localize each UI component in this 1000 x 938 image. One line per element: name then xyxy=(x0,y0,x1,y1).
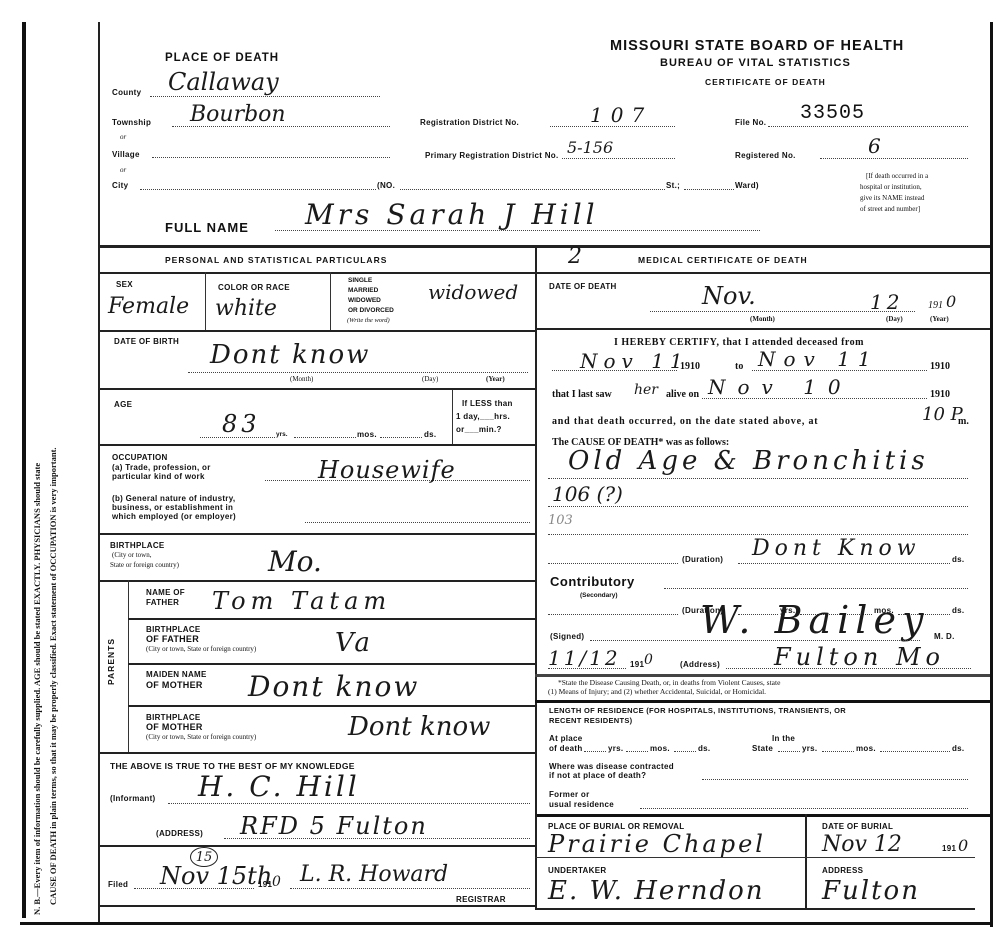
medical-number: 2 xyxy=(568,244,582,269)
occupation-value: Housewife xyxy=(318,456,456,484)
medical-address-value: Fulton Mo xyxy=(774,643,945,671)
birthplace-sub-1: (City or town, xyxy=(112,551,151,559)
in-state-ds: ds. xyxy=(952,744,964,753)
street-line xyxy=(400,189,665,190)
at-place-yrs-line xyxy=(584,751,606,752)
medical-address-label: (Address) xyxy=(680,660,720,669)
primary-district-label: Primary Registration District No. xyxy=(425,151,559,160)
occupation-b-2: business, or establishment in xyxy=(112,503,233,512)
age-ds-line xyxy=(380,437,422,438)
mother-bp-label-3: (City or town, State or foreign country) xyxy=(146,733,256,741)
contributory-label: Contributory xyxy=(550,574,635,589)
in-state-label-1: In the xyxy=(772,734,795,743)
township-label: Township xyxy=(112,118,151,127)
filed-divider xyxy=(98,905,535,907)
parents-side-divider xyxy=(128,580,129,752)
marital-label-single: SINGLE xyxy=(348,277,372,284)
in-state-yrs-line xyxy=(778,751,800,752)
township-value: Bourbon xyxy=(190,102,286,127)
form-right-border xyxy=(990,22,993,927)
former-residence-label-2: usual residence xyxy=(549,800,614,809)
cause-value: Old Age & Bronchitis xyxy=(568,446,929,476)
informant-value: H. C. Hill xyxy=(198,770,360,803)
father-name-label-2: FATHER xyxy=(146,598,179,607)
burial-left-border xyxy=(535,814,537,910)
age-mos-label: mos. xyxy=(357,430,377,439)
at-place-label-2: of death xyxy=(549,744,583,753)
physician-signature: W. Bailey xyxy=(700,598,929,642)
filed-date-line xyxy=(134,888,254,889)
attended-to-year: 1910 xyxy=(930,361,950,372)
age-label: AGE xyxy=(114,400,132,409)
filed-circled-day-text: 15 xyxy=(196,850,213,865)
informant-address-line xyxy=(224,838,530,839)
mother-bp-divider xyxy=(98,752,535,754)
village-label: Village xyxy=(112,150,140,159)
in-state-label-2: State xyxy=(752,744,773,753)
personal-section-title: PERSONAL AND STATISTICAL PARTICULARS xyxy=(165,255,387,265)
occurred-line: and that death occurred, on the date sta… xyxy=(552,416,818,427)
residence-title-1: LENGTH OF RESIDENCE (FOR HOSPITALS, INST… xyxy=(549,706,846,715)
margin-note-line2: CAUSE OF DEATH in plain terms, so that i… xyxy=(48,447,58,905)
color-label: COLOR OR RACE xyxy=(218,283,290,292)
dob-line xyxy=(188,372,528,373)
death-time-suffix: m. xyxy=(958,416,969,427)
registrar-label: REGISTRAR xyxy=(456,895,506,904)
cause-line-1 xyxy=(548,478,968,479)
date-of-death-divider xyxy=(535,328,990,330)
occupation-a-1: (a) Trade, profession, or xyxy=(112,463,211,472)
file-no-line xyxy=(768,126,968,127)
contracted-label-2: if not at place of death? xyxy=(549,771,646,780)
dob-year-caption: (Year) xyxy=(486,375,505,383)
age-less-divider xyxy=(452,390,453,444)
informant-address-label: (ADDRESS) xyxy=(156,829,203,838)
date-of-death-year-prefix: 191 xyxy=(928,300,943,311)
date-of-death-year-value: 0 xyxy=(946,292,956,311)
header-divider xyxy=(98,245,990,248)
mother-name-divider xyxy=(128,705,535,707)
undertaker-label: UNDERTAKER xyxy=(548,866,606,875)
burial-date-year-value: 0 xyxy=(958,836,968,855)
father-bp-label-1: BIRTHPLACE xyxy=(146,625,201,634)
father-name-label-1: NAME OF xyxy=(146,588,185,597)
filed-year-prefix: 191 xyxy=(258,880,272,889)
burial-date-value: Nov 12 xyxy=(822,832,902,857)
township-line xyxy=(172,126,390,127)
undertaker-value: E. W. Herndon xyxy=(548,876,765,906)
filed-label: Filed xyxy=(108,880,128,889)
marital-label-divorced: OR DIVORCED xyxy=(348,307,394,314)
mother-name-label-2: OF MOTHER xyxy=(146,680,203,690)
filed-year-value: 0 xyxy=(272,874,281,890)
hospital-note-3: give its NAME instead xyxy=(860,194,924,202)
informant-label: (Informant) xyxy=(110,794,156,803)
informant-line xyxy=(168,803,530,804)
county-line xyxy=(150,96,380,97)
dob-day-caption: (Day) xyxy=(422,375,438,383)
father-name-value: Tom Tatam xyxy=(212,587,391,615)
footnote-1: *State the Disease Causing Death, or, in… xyxy=(558,678,780,687)
duration2-ds: ds. xyxy=(952,606,964,615)
hospital-note-2: hospital or institution, xyxy=(860,183,922,191)
mother-bp-label-2: OF MOTHER xyxy=(146,722,203,732)
sex-row-divider xyxy=(98,330,535,332)
contributory-line xyxy=(664,588,968,589)
form-left-border xyxy=(98,22,100,922)
in-state-yrs: yrs. xyxy=(802,744,817,753)
registered-no-label: Registered No. xyxy=(735,151,796,160)
at-place-mos-line xyxy=(626,751,648,752)
father-bp-divider xyxy=(128,663,535,665)
county-value: Callaway xyxy=(168,68,279,96)
at-place-ds-line xyxy=(674,751,696,752)
cause-line-2 xyxy=(548,506,968,507)
parents-label: PARENTS xyxy=(106,638,116,685)
less-than-3: or___min.? xyxy=(456,425,502,434)
duration-line xyxy=(738,563,950,564)
informant-divider xyxy=(98,845,535,847)
residence-divider xyxy=(535,814,990,817)
in-state-mos: mos. xyxy=(856,744,876,753)
column-divider xyxy=(535,245,537,820)
dob-row-divider xyxy=(98,388,535,390)
or-label-2: or xyxy=(120,166,126,174)
cause-line-3 xyxy=(548,534,968,535)
occupation-b-3: which employed (or employer) xyxy=(112,512,236,521)
death-time-value: 10 P xyxy=(922,404,963,425)
last-saw-year: 1910 xyxy=(930,389,950,400)
date-of-death-label: DATE OF DEATH xyxy=(549,282,617,291)
occupation-b-1: (b) General nature of industry, xyxy=(112,494,235,503)
occupation-row-divider xyxy=(98,533,535,535)
village-line xyxy=(152,157,390,158)
age-yrs-label: yrs. xyxy=(276,431,288,438)
mother-name-label-1: MAIDEN NAME xyxy=(146,670,207,679)
signed-divider xyxy=(535,674,990,677)
last-saw-date: Nov 10 xyxy=(708,375,853,399)
medical-address-line xyxy=(726,668,971,669)
in-state-ds-line xyxy=(880,751,950,752)
burial-place-value: Prairie Chapel xyxy=(548,830,766,858)
personal-title-divider xyxy=(98,272,535,274)
less-than-1: If LESS than xyxy=(462,399,513,408)
registration-district-value: 107 xyxy=(590,103,652,127)
burial-bottom-divider xyxy=(535,908,975,910)
duration2-line-left xyxy=(548,614,678,615)
primary-district-line xyxy=(562,158,675,159)
signed-date: 11/12 xyxy=(548,646,621,670)
undertaker-address-value: Fulton xyxy=(822,876,920,906)
burial-column-divider xyxy=(805,814,807,910)
margin-note-line1: N. B.—Every item of information should b… xyxy=(32,463,42,915)
age-yrs-line xyxy=(200,437,275,438)
birthplace-row-divider xyxy=(98,580,535,582)
date-of-death-month: Nov. xyxy=(702,282,756,310)
last-saw-label: that I last saw xyxy=(552,389,612,400)
at-place-mos: mos. xyxy=(650,744,670,753)
date-of-death-year-caption: (Year) xyxy=(930,315,949,323)
attended-from-line xyxy=(552,370,677,371)
alive-on-label: alive on xyxy=(666,389,699,400)
birthplace-label: BIRTHPLACE xyxy=(110,541,165,550)
mother-bp-value: Dont know xyxy=(348,712,490,742)
attended-to-label: to xyxy=(735,361,743,372)
filed-circled-day: 15 xyxy=(190,847,218,867)
father-bp-label-2: OF FATHER xyxy=(146,634,199,644)
contracted-line xyxy=(702,779,968,780)
marital-value: widowed xyxy=(428,280,518,304)
age-row-divider xyxy=(98,444,535,446)
birthplace-value: Mo. xyxy=(268,545,322,578)
father-bp-label-3: (City or town, State or foreign country) xyxy=(146,645,256,653)
occupation-a-2: particular kind of work xyxy=(112,472,205,481)
residence-title-2: RECENT RESIDENTS) xyxy=(549,716,632,725)
mother-name-value: Dont know xyxy=(248,670,419,703)
registration-district-line xyxy=(550,126,675,127)
former-residence-line xyxy=(640,808,968,809)
md-label: M. D. xyxy=(934,632,955,641)
city-label: City xyxy=(112,181,128,190)
marital-label-write: (Write the word) xyxy=(347,317,390,324)
sex-color-divider xyxy=(205,272,206,330)
father-name-divider xyxy=(128,618,535,620)
marital-label-widowed: WIDOWED xyxy=(348,297,381,304)
former-residence-label-1: Former or xyxy=(549,790,590,799)
bureau-title: BUREAU OF VITAL STATISTICS xyxy=(660,57,851,69)
burial-date-year-prefix: 191 xyxy=(942,844,956,853)
last-saw-line xyxy=(702,398,927,399)
occupation-label: OCCUPATION xyxy=(112,453,168,462)
duration-line-left xyxy=(548,563,678,564)
full-name-line xyxy=(275,230,760,231)
footnote-divider xyxy=(535,700,990,703)
at-place-yrs: yrs. xyxy=(608,744,623,753)
full-name-value: Mrs Sarah J Hill xyxy=(305,198,599,231)
in-state-mos-line xyxy=(822,751,854,752)
ward-line xyxy=(684,189,734,190)
registration-district-label: Registration District No. xyxy=(420,118,519,127)
registrar-line xyxy=(290,888,530,889)
color-value: white xyxy=(215,296,277,321)
duration-value: Dont Know xyxy=(752,536,921,561)
age-mos-line xyxy=(294,437,356,438)
birthplace-sub-2: State or foreign country) xyxy=(110,561,179,569)
dob-label: DATE OF BIRTH xyxy=(114,337,179,346)
street-label: St.; xyxy=(666,181,680,190)
medical-title-divider xyxy=(535,272,990,274)
contracted-label-1: Where was disease contracted xyxy=(549,762,674,771)
age-value: 83 xyxy=(222,410,261,438)
registered-no-line xyxy=(820,158,968,159)
occupation-b-line xyxy=(305,522,530,523)
cause-code: 106 (?) xyxy=(552,482,623,506)
ward-label: Ward) xyxy=(735,181,759,190)
left-margin-border xyxy=(22,22,26,918)
filed-date-value: Nov 15th xyxy=(160,862,272,890)
undertaker-address-label: ADDRESS xyxy=(822,866,863,875)
burial-date-label: DATE OF BURIAL xyxy=(822,822,893,831)
signed-date-line xyxy=(548,668,626,669)
duration-label: (Duration) xyxy=(682,555,723,564)
hospital-note-4: of street and number] xyxy=(860,205,920,213)
form-bottom-border xyxy=(20,922,992,925)
burial-row-divider xyxy=(535,857,975,858)
sex-label: SEX xyxy=(116,280,133,289)
attended-to-line xyxy=(752,370,927,371)
file-no-value: 33505 xyxy=(800,102,865,125)
at-place-ds: ds. xyxy=(698,744,710,753)
last-saw-pronoun: her xyxy=(634,382,658,398)
dob-value: Dont know xyxy=(210,340,370,370)
city-line xyxy=(140,189,376,190)
date-of-death-month-caption: (Month) xyxy=(750,315,775,323)
or-label-1: or xyxy=(120,133,126,141)
county-label: County xyxy=(112,88,141,97)
marital-label-married: MARRIED xyxy=(348,287,378,294)
signed-label: (Signed) xyxy=(550,632,584,641)
certificate-title: CERTIFICATE OF DEATH xyxy=(705,77,826,87)
signed-year-prefix: 191 xyxy=(630,660,644,669)
mother-bp-label-1: BIRTHPLACE xyxy=(146,713,201,722)
date-of-death-day-caption: (Day) xyxy=(886,315,903,323)
color-marital-divider xyxy=(330,272,331,330)
dob-month-caption: (Month) xyxy=(290,375,313,383)
less-than-2: 1 day,___hrs. xyxy=(456,412,510,421)
secondary-label: (Secondary) xyxy=(580,592,618,599)
primary-district-value: 5-156 xyxy=(567,138,613,157)
hospital-note-1: [If death occurred in a xyxy=(866,172,928,180)
age-ds-label: ds. xyxy=(424,430,436,439)
city-no-label: (NO. xyxy=(377,181,395,190)
date-of-death-line xyxy=(650,311,915,312)
attended-to-value: Nov 11 xyxy=(758,347,879,371)
full-name-label: FULL NAME xyxy=(165,220,249,235)
signed-year-value: 0 xyxy=(644,652,653,668)
attended-from-year: 1910 xyxy=(680,361,700,372)
at-place-label-1: At place xyxy=(549,734,583,743)
file-no-label: File No. xyxy=(735,118,766,127)
signed-line xyxy=(590,640,920,641)
father-bp-value: Va xyxy=(335,628,373,658)
informant-address-value: RFD 5 Fulton xyxy=(240,812,428,840)
sex-value: Female xyxy=(108,294,189,319)
board-title: MISSOURI STATE BOARD OF HEALTH xyxy=(610,38,904,54)
registered-no-value: 6 xyxy=(868,134,881,158)
place-of-death-title: PLACE OF DEATH xyxy=(165,52,279,64)
cause-code-2: 103 xyxy=(548,513,573,528)
registrar-signature: L. R. Howard xyxy=(300,862,448,887)
medical-section-title: MEDICAL CERTIFICATE OF DEATH xyxy=(638,255,808,265)
duration-ds: ds. xyxy=(952,555,964,564)
footnote-2: (1) Means of Injury; and (2) whether Acc… xyxy=(548,687,766,696)
